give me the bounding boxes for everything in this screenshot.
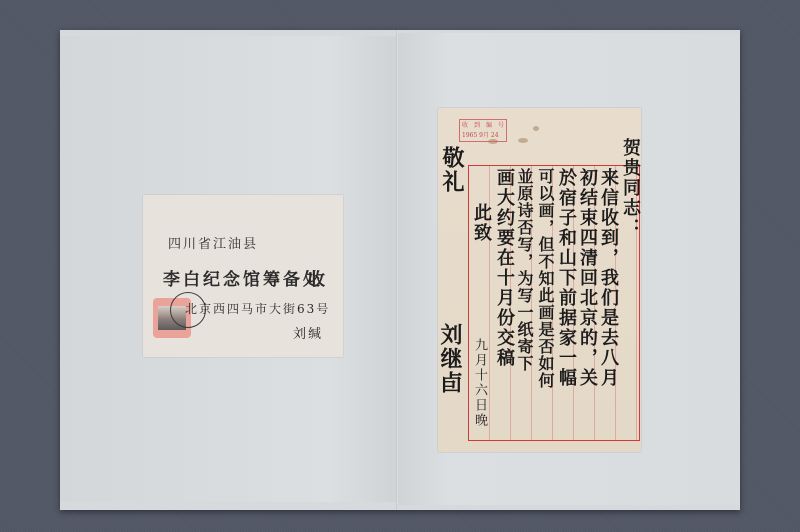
letter-column-6: 並原诗否写，为写一纸寄下: [514, 168, 534, 372]
receipt-stamp-label: 到: [474, 121, 480, 131]
letter-closing: 敬礼: [442, 146, 462, 194]
letter-column-closing-ci-zhi: 此致: [471, 203, 491, 243]
letter-date: 九月十六日晚: [472, 338, 486, 428]
envelope-province: 四川省江油县: [168, 233, 258, 252]
letter-column-2: 来信收到，我们是去八月: [598, 168, 618, 388]
album-spine: [396, 30, 398, 510]
receipt-stamp-label: 号: [498, 121, 504, 131]
receipt-stamp: 收 到 编 号 1965 9月 24: [459, 119, 507, 142]
letter-column-3: 初结束四清回北京的，关: [577, 168, 597, 388]
letter-column-4: 於宿子和山下前据家一幅: [556, 168, 576, 388]
envelope: 四川省江油县 李白纪念馆筹备处 收 北京西四马市大街63号 刘缄: [143, 195, 343, 357]
stain: [533, 126, 539, 131]
letter-column-5: 可以画，但不知此画是否如何: [535, 168, 555, 389]
envelope-recipient: 李白纪念馆筹备处: [163, 265, 323, 290]
receipt-stamp-label: 收: [462, 121, 468, 131]
letter-signature: 刘继卣: [440, 323, 460, 395]
envelope-sender-address: 北京西四马市大街63号: [185, 300, 330, 317]
stain: [518, 138, 528, 143]
envelope-sender-name: 刘缄: [293, 323, 323, 342]
letter-column-1: 贺贵同志：: [620, 138, 640, 238]
letter: 收 到 编 号 1965 9月 24 贺贵同志： 来信收到，我们是去八月 初结束…: [438, 108, 641, 452]
letter-column-7: 画大约要在十月份交稿: [494, 168, 514, 368]
receipt-stamp-label: 编: [486, 121, 492, 131]
envelope-receive-mark: 收: [308, 265, 327, 290]
receipt-stamp-date: 1965 9月 24: [462, 131, 499, 141]
